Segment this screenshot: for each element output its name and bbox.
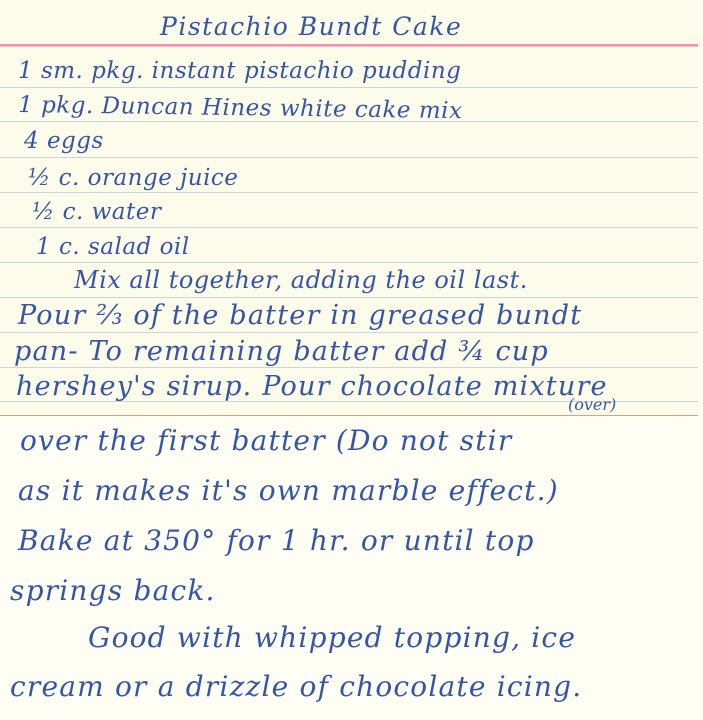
ruled-line xyxy=(0,297,698,298)
direction-line: Pour ⅔ of the batter in greased bundt xyxy=(18,300,582,331)
ingredient-item: ½ c. water xyxy=(32,199,161,225)
header-rule-red xyxy=(0,44,698,47)
upper-recipe-card: Pistachio Bundt Cake 1 sm. pkg. instant … xyxy=(0,0,698,416)
recipe-page: Pistachio Bundt Cake 1 sm. pkg. instant … xyxy=(0,0,703,720)
direction-line: Good with whipped topping, ice xyxy=(88,621,576,654)
ruled-line xyxy=(0,367,698,368)
direction-line: over the first batter (Do not stir xyxy=(20,424,512,457)
direction-line: Mix all together, adding the oil last. xyxy=(74,266,528,294)
lower-recipe-card: over the first batter (Do not stir as it… xyxy=(0,416,703,720)
direction-line: Bake at 350° for 1 hr. or until top xyxy=(18,524,535,557)
ingredient-item: ½ c. orange juice xyxy=(28,165,238,191)
ruled-line xyxy=(0,262,698,263)
ruled-line xyxy=(0,227,698,228)
recipe-title: Pistachio Bundt Cake xyxy=(160,12,462,41)
ruled-line xyxy=(0,87,698,88)
direction-line: pan- To remaining batter add ¾ cup xyxy=(14,336,549,367)
ingredient-item: 1 sm. pkg. instant pistachio pudding xyxy=(18,58,461,84)
direction-line: cream or a drizzle of chocolate icing. xyxy=(10,670,582,703)
ingredient-item: 4 eggs xyxy=(24,128,104,154)
ingredient-item: 1 pkg. Duncan Hines white cake mix xyxy=(18,92,463,124)
direction-line: as it makes it's own marble effect.) xyxy=(18,474,559,507)
insertion-note: (over) xyxy=(568,395,616,414)
direction-line: hershey's sirup. Pour chocolate mixture xyxy=(16,371,608,402)
ruled-line xyxy=(0,192,698,193)
direction-line: springs back. xyxy=(10,574,216,607)
ruled-line xyxy=(0,332,698,333)
ingredient-item: 1 c. salad oil xyxy=(36,234,190,260)
ruled-line xyxy=(0,157,698,158)
